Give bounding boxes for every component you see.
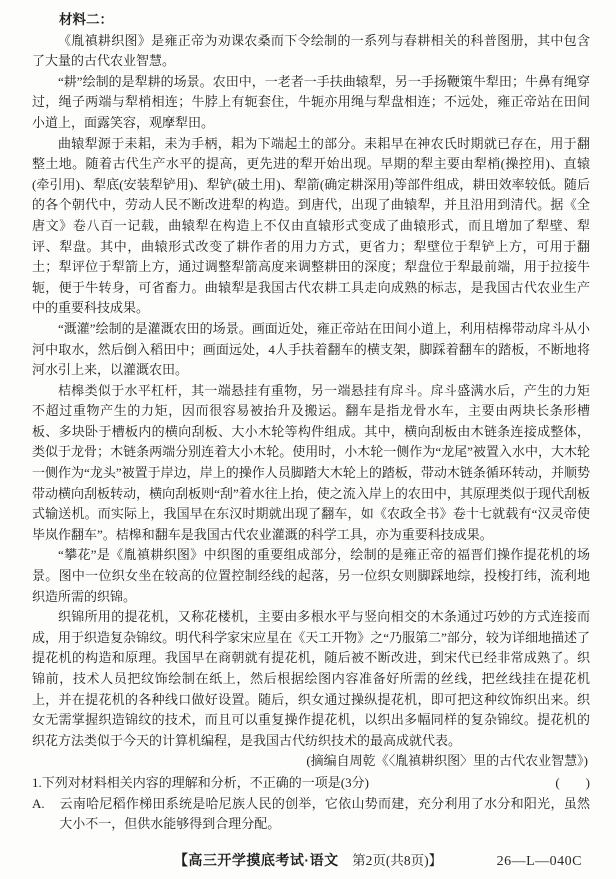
question-1-answer-blank: ( ) (555, 773, 590, 794)
material-paragraph-shadoof-waterwheel: 桔槔类似于水平杠杆，其一端悬挂有重物，另一端悬挂有戽斗。戽斗盛满水后，产生的力矩… (32, 381, 590, 546)
footer-paper-code: 26—L—040C (497, 854, 582, 870)
page-footer: 【高三开学摸底考试·语文 第2页(共8页)】 26—L—040C (0, 849, 616, 870)
material-paragraph-plowing-scene: “耕”绘制的是犁耕的场景。农田中，一老者一手扶曲辕犁，另一手扬鞭策牛犁田；牛鼻有… (32, 72, 590, 134)
material-heading: 材料二： (32, 10, 590, 31)
material-paragraph-intro: 《胤禛耕织图》是雍正帝为劝课农桑而下令绘制的一系列与春耕相关的科普图册，其中包含… (32, 31, 590, 72)
option-a-label: A. (32, 794, 59, 815)
exam-paper-page: 材料二： 《胤禛耕织图》是雍正帝为劝课农桑而下令绘制的一系列与春耕相关的科普图册… (0, 0, 616, 879)
option-a-text: 云南哈尼稻作梯田系统是哈尼族人民的创举，它依山势而建，充分利用了水分和阳光，虽然… (59, 796, 590, 832)
footer-exam-title: 【高三开学摸底考试·语文 (174, 852, 339, 868)
material-paragraph-irrigation-scene: “溉灌”绘制的是灌溉农田的场景。画面近处，雍正帝站在田间小道上，利用桔槔带动戽斗… (32, 319, 590, 381)
footer-page-number: 第2页(共8页)】 (339, 853, 443, 868)
source-attribution: (摘编自周乾《〈胤禛耕织图〉里的古代农业智慧》) (32, 751, 590, 772)
question-1-text: 1.下列对材料相关内容的理解和分析，不正确的一项是(3分) (32, 773, 369, 794)
material-two-section: 材料二： 《胤禛耕织图》是雍正帝为劝课农桑而下令绘制的一系列与春耕相关的科普图册… (32, 10, 590, 835)
material-paragraph-weaving-scene: “攀花”是《胤禛耕织图》中织图的重要组成部分，绘制的是雍正帝的福晋们操作提花机的… (32, 545, 590, 607)
material-paragraph-jacquard-loom: 织锦所用的提花机，又称花楼机，主要由多根水平与竖向相交的木条通过巧妙的方式连接而… (32, 607, 590, 751)
question-1: 1.下列对材料相关内容的理解和分析，不正确的一项是(3分) ( ) (32, 773, 590, 794)
question-1-option-a: A.云南哈尼稻作梯田系统是哈尼族人民的创举，它依山势而建，充分利用了水分和阳光，… (32, 794, 590, 835)
material-paragraph-curved-shaft-plow: 曲辕犁源于耒耜，耒为手柄，耜为下端起土的部分。耒耜早在神农氏时期就已存在，用于翻… (32, 134, 590, 319)
